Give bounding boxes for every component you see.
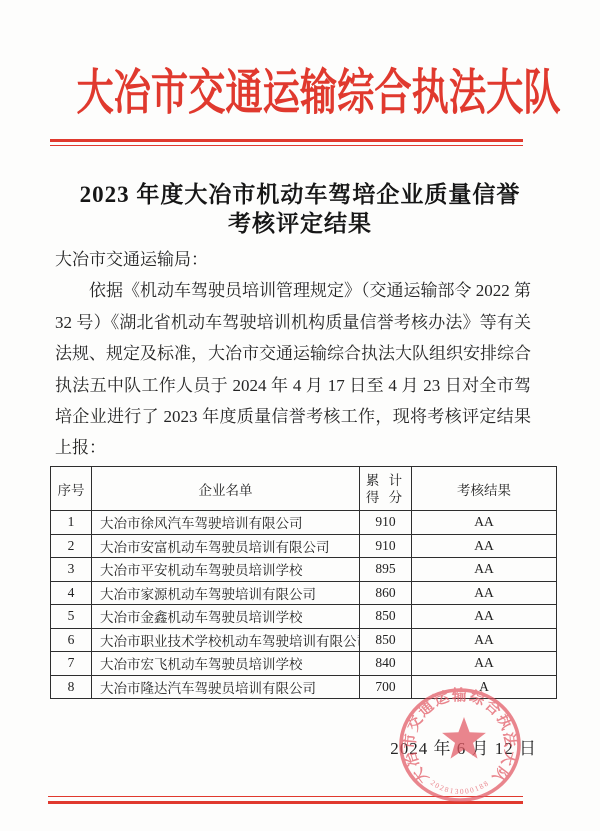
- cell-index: 1: [51, 511, 92, 535]
- cell-index: 8: [51, 675, 92, 699]
- table-row: 4 大冶市家源机动车驾驶培训有限公司 860 AA: [51, 581, 557, 605]
- cell-result: AA: [412, 511, 557, 535]
- cell-company-name: 大冶市家源机动车驾驶培训有限公司: [92, 581, 360, 605]
- body-line-3: 法规、规定及标准，大冶市交通运输综合执法大队组织安排综合: [55, 338, 531, 369]
- body-line-1: 依据《机动车驾驶员培训管理规定》（交通运输部令 2022 第: [55, 275, 531, 306]
- body-line-2: 32 号）《湖北省机动车驾驶培训机构质量信誉考核办法》等有关: [55, 307, 531, 338]
- body-line-4: 执法五中队工作人员于 2024 年 4 月 17 日至 4 月 23 日对全市驾: [55, 370, 531, 401]
- cell-score: 840: [360, 652, 412, 676]
- letterhead-divider-thick-line: [50, 139, 523, 142]
- cell-index: 4: [51, 581, 92, 605]
- table-header-row: 序号 企业名单 累 计 得 分 考核结果: [51, 467, 557, 511]
- cell-index: 7: [51, 652, 92, 676]
- body-line-6: 上报：: [55, 432, 531, 463]
- table-row: 2 大冶市安富机动车驾驶员培训有限公司 910 AA: [51, 534, 557, 558]
- body-text: 大冶市交通运输局： 依据《机动车驾驶员培训管理规定》（交通运输部令 2022 第…: [55, 244, 531, 464]
- cell-company-name: 大冶市隆达汽车驾驶员培训有限公司: [92, 675, 360, 699]
- letterhead: 大冶市交通运输综合执法大队: [0, 64, 600, 122]
- cell-score: 895: [360, 558, 412, 582]
- cell-score: 910: [360, 511, 412, 535]
- table-row: 5 大冶市金鑫机动车驾驶员培训学校 850 AA: [51, 605, 557, 629]
- cell-index: 2: [51, 534, 92, 558]
- col-header-index: 序号: [51, 467, 92, 511]
- document-title: 2023 年度大冶市机动车驾培企业质量信誉 考核评定结果: [0, 181, 600, 238]
- col-header-score-line2: 得 分: [360, 489, 411, 506]
- document-title-line1: 2023 年度大冶市机动车驾培企业质量信誉: [0, 181, 600, 210]
- letterhead-text: 大冶市交通运输综合执法大队: [76, 64, 560, 122]
- assessment-results-table: 序号 企业名单 累 计 得 分 考核结果 1 大冶市徐风汽车驾驶培训有限公司 9…: [50, 466, 557, 699]
- cell-score: 850: [360, 628, 412, 652]
- table-row: 7 大冶市宏飞机动车驾驶员培训学校 840 AA: [51, 652, 557, 676]
- cell-index: 6: [51, 628, 92, 652]
- cell-company-name: 大冶市金鑫机动车驾驶员培训学校: [92, 605, 360, 629]
- salutation: 大冶市交通运输局：: [55, 244, 531, 275]
- cell-result: AA: [412, 534, 557, 558]
- cell-company-name: 大冶市职业技术学校机动车驾驶培训有限公司: [92, 628, 360, 652]
- official-seal: 大冶市交通运输综合执法大队 42028130001881: [396, 687, 528, 807]
- body-line-5: 培企业进行了 2023 年度质量信誉考核工作，现将考核评定结果: [55, 401, 531, 432]
- table-row: 1 大冶市徐风汽车驾驶培训有限公司 910 AA: [51, 511, 557, 535]
- cell-company-name: 大冶市安富机动车驾驶员培训有限公司: [92, 534, 360, 558]
- cell-index: 5: [51, 605, 92, 629]
- cell-result: AA: [412, 652, 557, 676]
- cell-score: 860: [360, 581, 412, 605]
- cell-result: AA: [412, 558, 557, 582]
- table-row: 3 大冶市平安机动车驾驶员培训学校 895 AA: [51, 558, 557, 582]
- col-header-company: 企业名单: [92, 467, 360, 511]
- cell-score: 910: [360, 534, 412, 558]
- cell-result: AA: [412, 628, 557, 652]
- col-header-score: 累 计 得 分: [360, 467, 412, 511]
- letterhead-divider-thin-line: [50, 145, 523, 146]
- letterhead-divider: [50, 139, 523, 146]
- seal-star-icon: [442, 717, 486, 759]
- col-header-score-line1: 累 计: [360, 472, 411, 489]
- cell-result: AA: [412, 581, 557, 605]
- cell-company-name: 大冶市平安机动车驾驶员培训学校: [92, 558, 360, 582]
- cell-company-name: 大冶市宏飞机动车驾驶员培训学校: [92, 652, 360, 676]
- cell-index: 3: [51, 558, 92, 582]
- table-row: 6 大冶市职业技术学校机动车驾驶培训有限公司 850 AA: [51, 628, 557, 652]
- document-page: 大冶市交通运输综合执法大队 2023 年度大冶市机动车驾培企业质量信誉 考核评定…: [0, 0, 600, 831]
- cell-score: 850: [360, 605, 412, 629]
- cell-result: AA: [412, 605, 557, 629]
- col-header-result: 考核结果: [412, 467, 557, 511]
- cell-company-name: 大冶市徐风汽车驾驶培训有限公司: [92, 511, 360, 535]
- document-title-line2: 考核评定结果: [0, 210, 600, 239]
